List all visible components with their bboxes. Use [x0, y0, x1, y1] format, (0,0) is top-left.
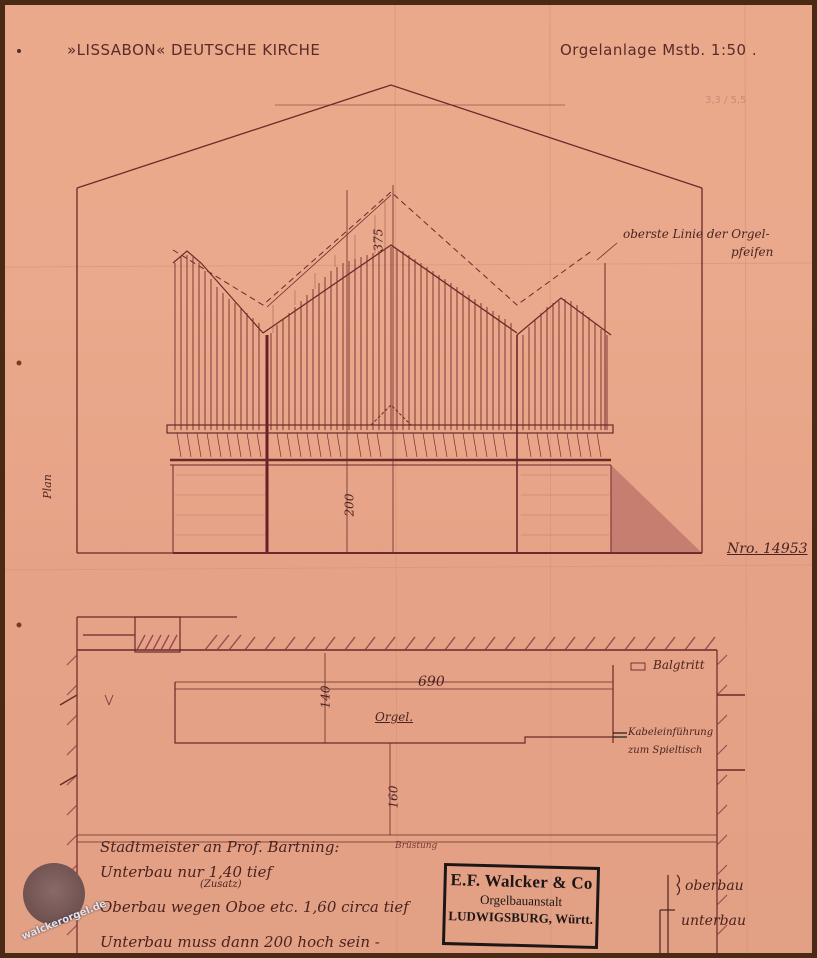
- handwritten-note-insert: (Zusatz): [200, 879, 242, 890]
- drawing-sheet: »LISSABON« DEUTSCHE KIRCHE Orgelanlage M…: [5, 5, 812, 953]
- drawing-number: Nro. 14953: [727, 541, 808, 557]
- handwritten-note-2: Unterbau nur 1,40 tief: [100, 863, 272, 881]
- organ-label: Orgel.: [375, 710, 413, 724]
- church-gable: [77, 85, 702, 553]
- church-title: »LISSABON« DEUTSCHE KIRCHE: [67, 41, 320, 59]
- paper-fold-lines: [5, 5, 812, 953]
- organ-impost: [167, 425, 613, 465]
- side-label: Plan: [41, 474, 54, 499]
- faint-pencil-note: 3,3 / 5,5: [705, 95, 747, 106]
- bellows-label: Balgtritt: [653, 658, 705, 672]
- wall-hatching: [137, 635, 715, 650]
- organ-drawing: [5, 5, 812, 953]
- handwritten-note-3: Oberbau wegen Oboe etc. 1,60 circa tief: [100, 898, 409, 916]
- stamp-location: LUDWIGSBURG, Württ.: [446, 908, 596, 928]
- cable-entry-label: Kabeleinführung: [628, 727, 713, 738]
- front-dimension: 160: [386, 786, 400, 809]
- height-dimension-top: 375: [371, 229, 385, 252]
- legend-lower: unterbau: [681, 913, 746, 929]
- handwritten-note-4: Unterbau muss dann 200 hoch sein -: [100, 933, 380, 951]
- depth-dimension: 140: [318, 686, 332, 709]
- stamp-company: E.F. Walcker & Co: [446, 870, 596, 894]
- legend-upper: oberbau: [685, 878, 744, 894]
- railing-label: Brüstung: [395, 841, 437, 851]
- pipe-line-annotation-cont: pfeifen: [731, 245, 773, 259]
- height-dimension-base: 200: [342, 494, 356, 517]
- base-hatching: [175, 475, 609, 535]
- handwritten-note-1: Stadtmeister an Prof. Bartning:: [100, 838, 339, 856]
- walcker-stamp: E.F. Walcker & Co Orgelbauanstalt LUDWIG…: [442, 863, 600, 949]
- drawing-scale-title: Orgelanlage Mstb. 1:50 .: [560, 41, 757, 59]
- pipe-line-annotation: oberste Linie der Orgel-: [623, 227, 770, 241]
- pipes-center: [271, 247, 511, 430]
- cable-entry-label-cont: zum Spieltisch: [628, 745, 702, 756]
- legend-bracket: [660, 875, 680, 953]
- width-dimension: 690: [418, 674, 445, 690]
- pipe-feet: [177, 433, 601, 457]
